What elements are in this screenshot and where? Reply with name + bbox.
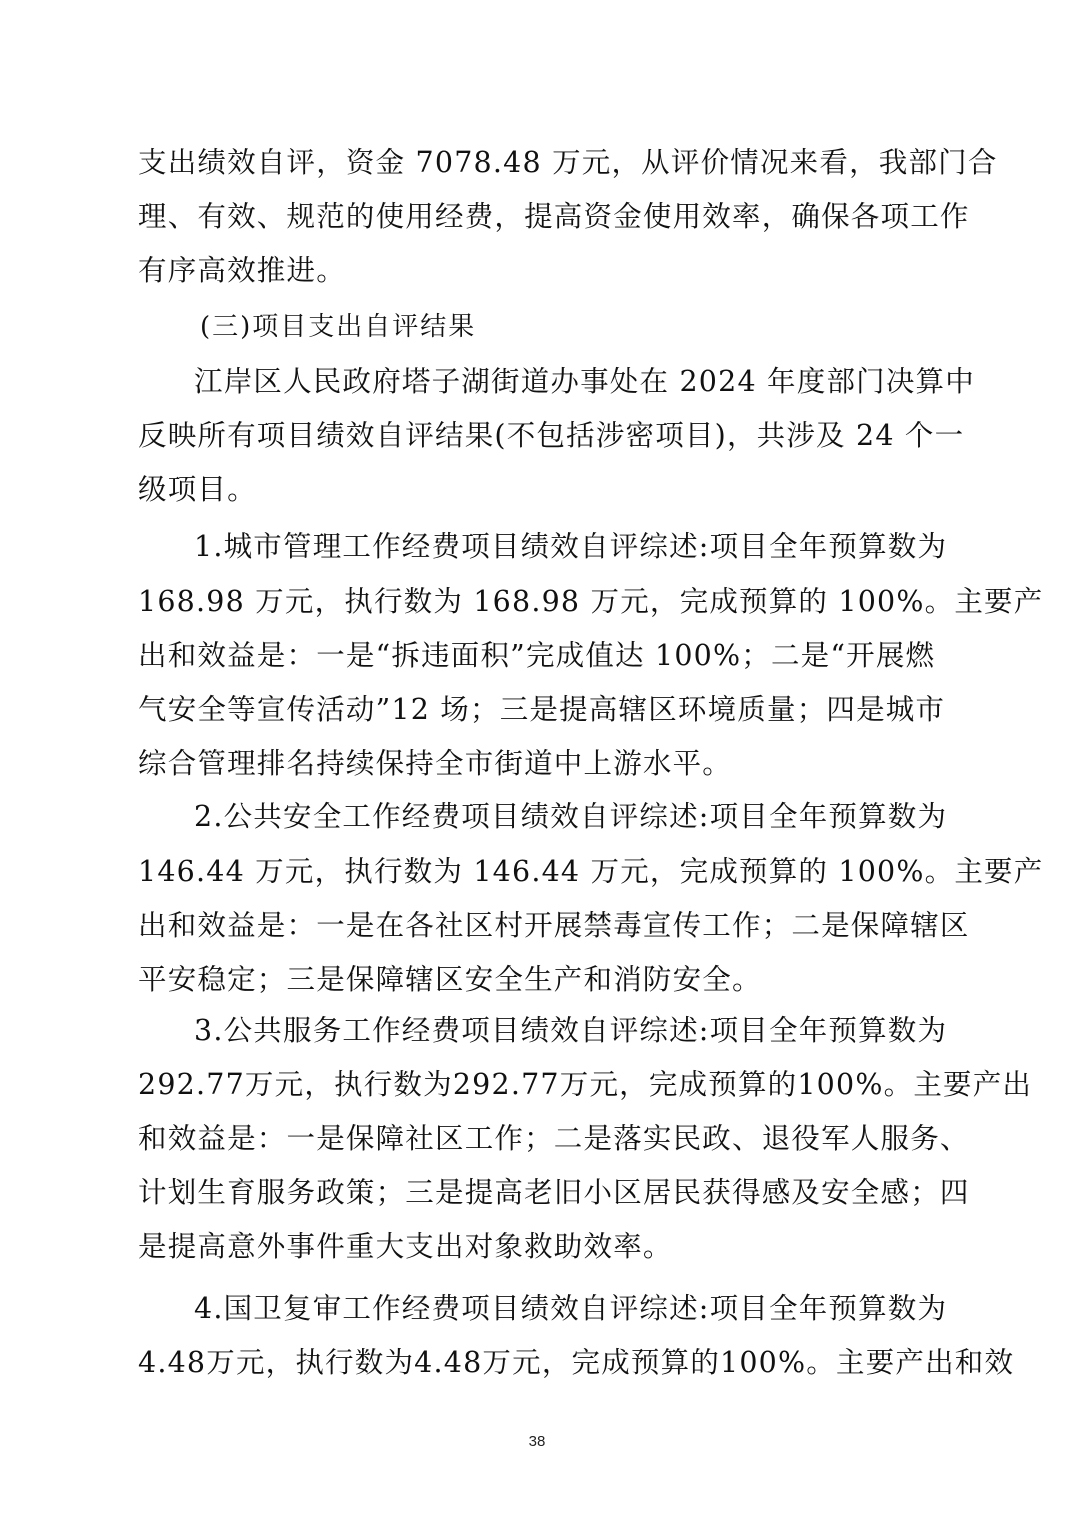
text-line: 和效益是：一是保障社区工作；二是落实民政、退役军人服务、 (138, 1119, 934, 1159)
text-line: 有序高效推进。 (138, 251, 934, 291)
section-heading: (三)项目支出自评结果 (200, 307, 476, 347)
text-line: 理、有效、规范的使用经费，提高资金使用效率，确保各项工作 (138, 197, 934, 237)
text-line: 出和效益是：一是“拆违面积”完成值达 100%；二是“开展燃 (138, 636, 934, 676)
text-line: 江岸区人民政府塔子湖街道办事处在 2024 年度部门决算中 (194, 362, 934, 402)
text-line: 3.公共服务工作经费项目绩效自评综述:项目全年预算数为 (194, 1011, 934, 1051)
text-line: 气安全等宣传活动”12 场；三是提高辖区环境质量；四是城市 (138, 690, 934, 730)
text-line: 4.国卫复审工作经费项目绩效自评综述:项目全年预算数为 (194, 1289, 934, 1329)
text-line: 是提高意外事件重大支出对象救助效率。 (138, 1227, 934, 1267)
text-line: 146.44 万元，执行数为 146.44 万元，完成预算的 100%。主要产 (138, 852, 934, 892)
text-line: 平安稳定；三是保障辖区安全生产和消防安全。 (138, 960, 934, 1000)
text-line: 级项目。 (138, 470, 934, 510)
text-line: 1.城市管理工作经费项目绩效自评综述:项目全年预算数为 (194, 527, 934, 567)
text-line: 2.公共安全工作经费项目绩效自评综述:项目全年预算数为 (194, 797, 934, 837)
text-line: 出和效益是：一是在各社区村开展禁毒宣传工作；二是保障辖区 (138, 906, 934, 946)
text-line: 支出绩效自评，资金 7078.48 万元，从评价情况来看，我部门合 (138, 143, 934, 183)
text-line: 292.77万元，执行数为292.77万元，完成预算的100%。主要产出 (138, 1065, 934, 1105)
text-line: 综合管理排名持续保持全市街道中上游水平。 (138, 744, 934, 784)
text-line: 计划生育服务政策；三是提高老旧小区居民获得感及安全感；四 (138, 1173, 934, 1213)
document-page: 支出绩效自评，资金 7078.48 万元，从评价情况来看，我部门合理、有效、规范… (0, 0, 1074, 1520)
text-line: 4.48万元，执行数为4.48万元，完成预算的100%。主要产出和效 (138, 1343, 934, 1383)
text-line: 反映所有项目绩效自评结果(不包括涉密项目)，共涉及 24 个一 (138, 416, 934, 456)
text-line: 168.98 万元，执行数为 168.98 万元，完成预算的 100%。主要产 (138, 582, 934, 622)
page-number: 38 (0, 1433, 1074, 1450)
